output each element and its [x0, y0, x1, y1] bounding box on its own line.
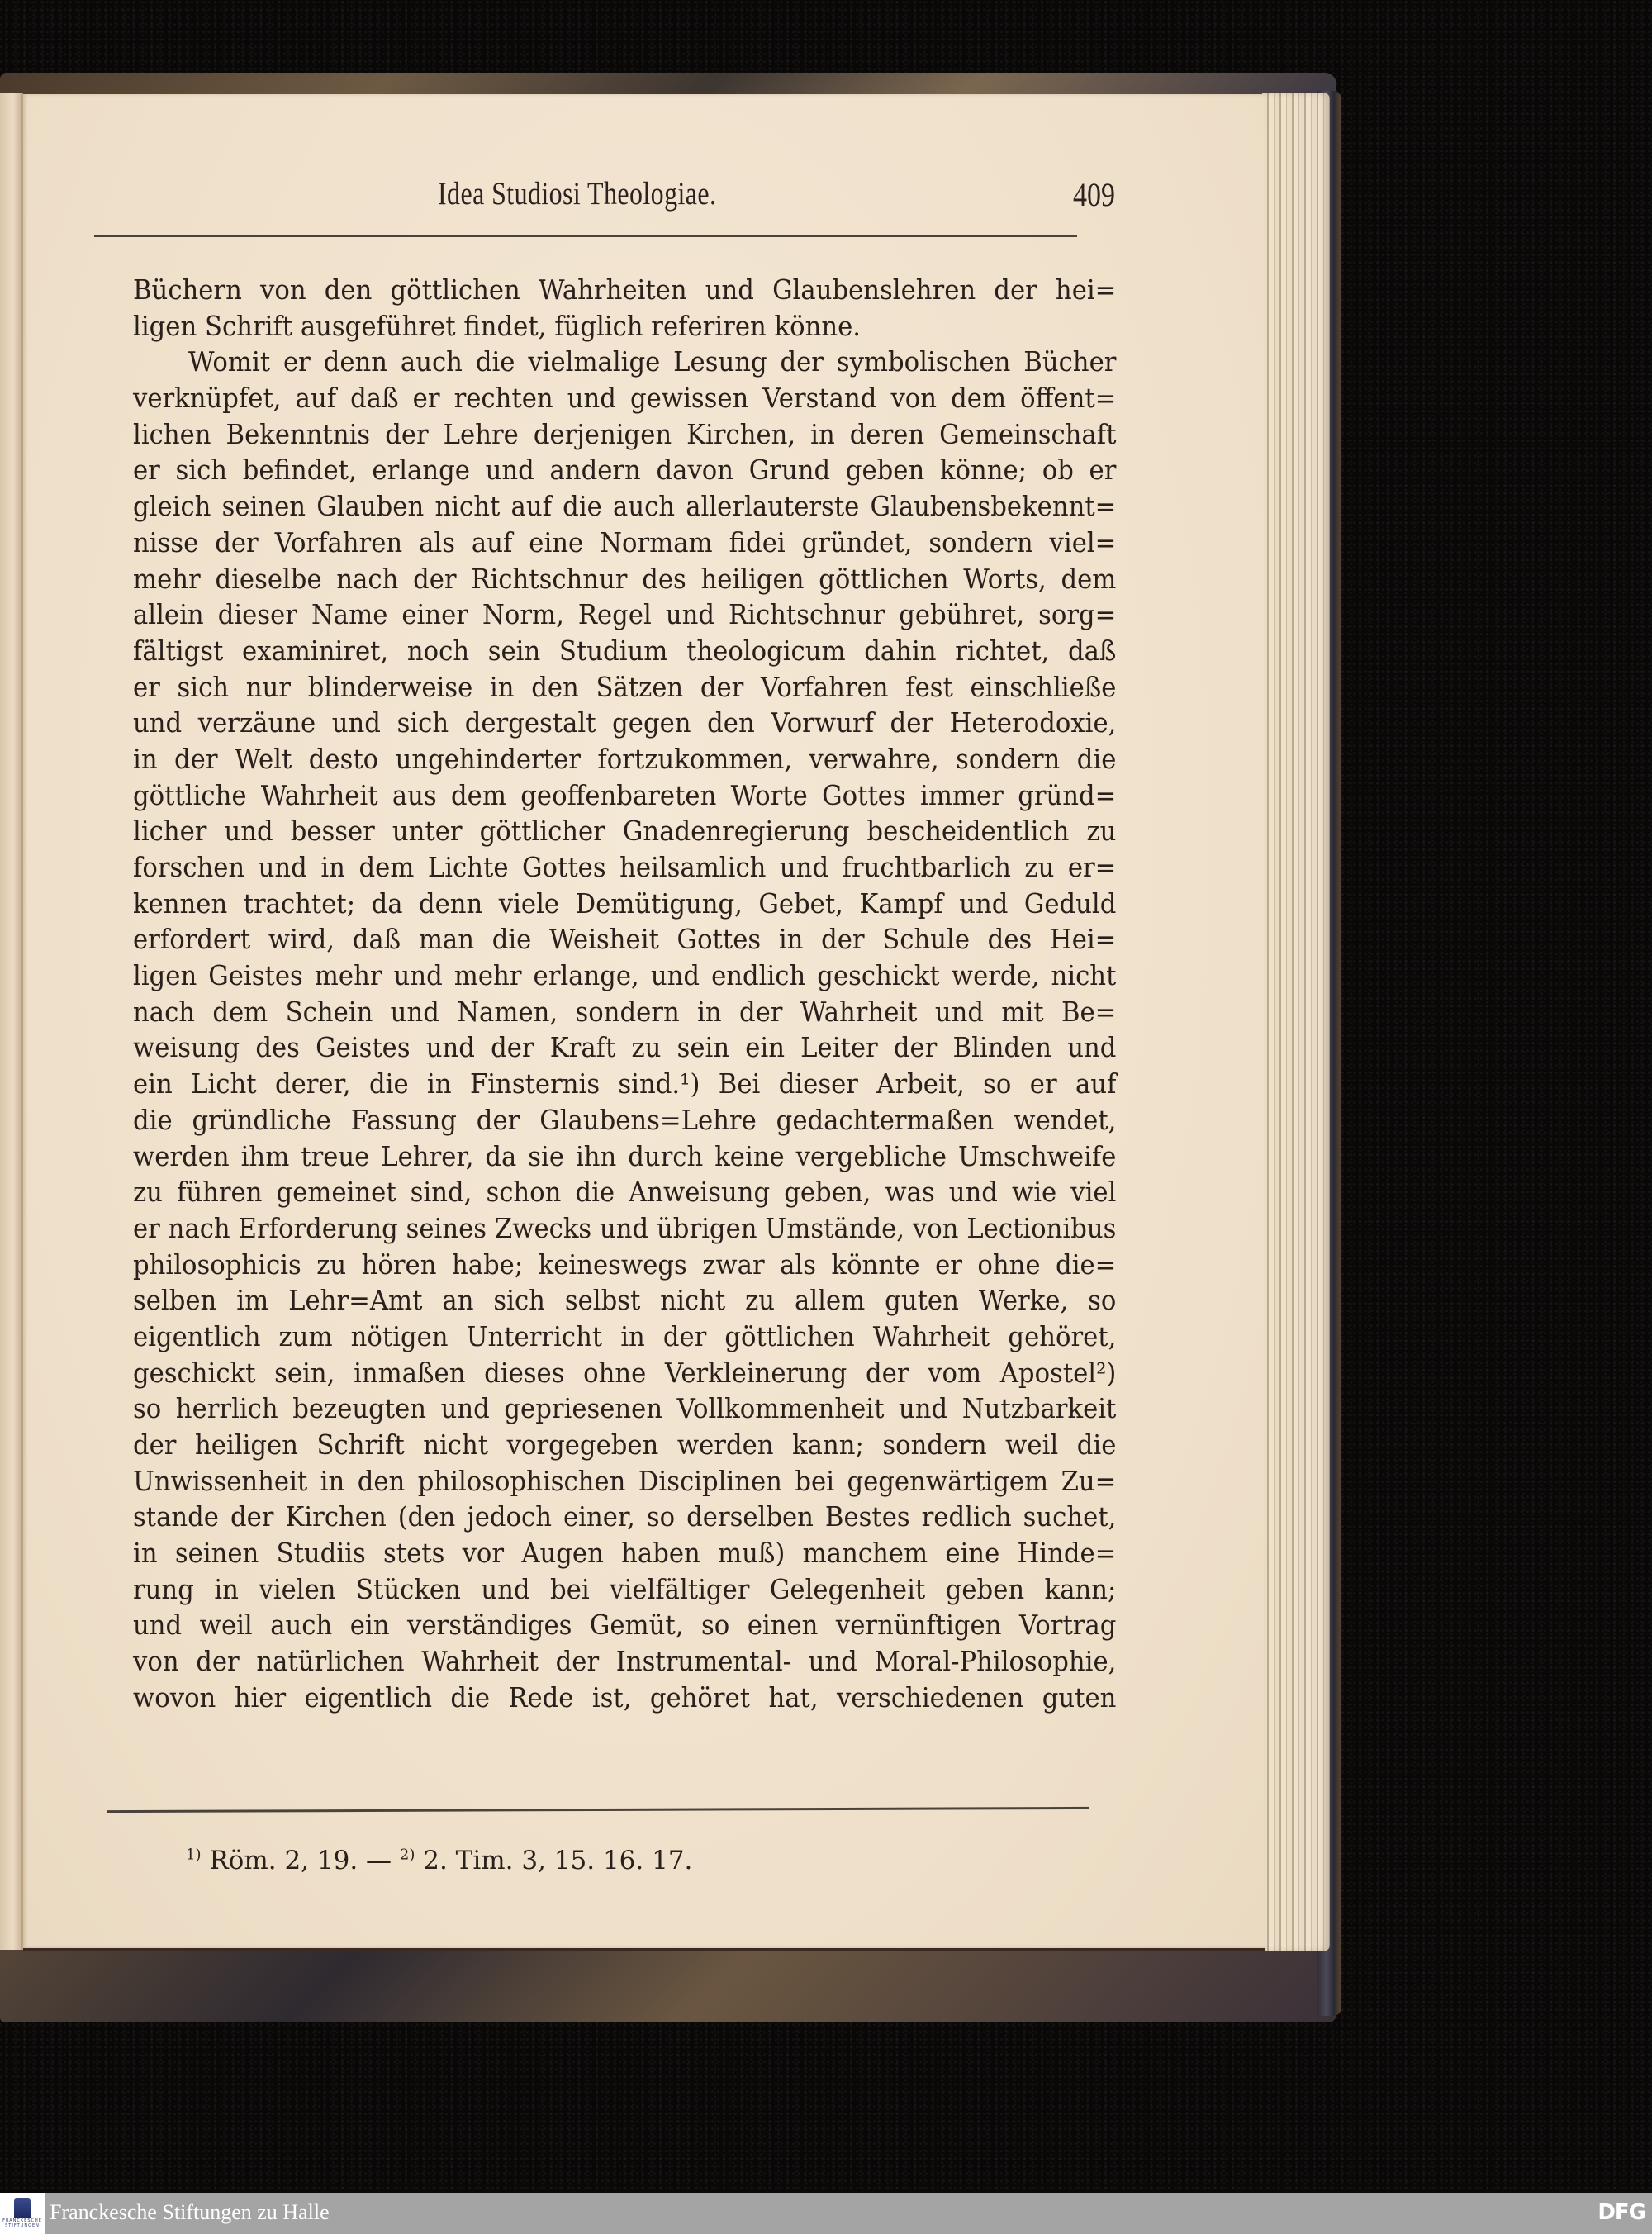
text-line: lichen Bekenntnis der Lehre derjenigen K… [133, 416, 1116, 453]
text-line: von der natürlichen Wahrheit der Instrum… [133, 1643, 1116, 1680]
header-rule [94, 235, 1077, 237]
text-line: ligen Geistes mehr und mehr erlange, und… [133, 958, 1116, 994]
text-line: nach dem Schein und Namen, sondern in de… [133, 994, 1116, 1030]
text-line: erfordert wird, daß man die Weisheit Got… [133, 921, 1116, 958]
text-line: geschickt sein, inmaßen dieses ohne Verk… [133, 1355, 1116, 1391]
institution-name[interactable]: Franckesche Stiftungen zu Halle [50, 2200, 330, 2225]
text-line: der heiligen Schrift nicht vorgegeben we… [133, 1427, 1116, 1463]
text-line: stande der Kirchen (den jedoch einer, so… [133, 1499, 1116, 1535]
text-line: in der Welt desto ungehinderter fortzuko… [133, 741, 1116, 777]
text-line: Unwissenheit in den philosophischen Disc… [133, 1463, 1116, 1500]
text-line: in seinen Studiis stets vor Augen haben … [133, 1535, 1116, 1571]
text-line: ligen Schrift ausgeführet findet, füglic… [133, 308, 1116, 345]
text-line: rung in vielen Stücken und bei vielfälti… [133, 1571, 1116, 1608]
page-number: 409 [1073, 175, 1115, 214]
text-line: Büchern von den göttlichen Wahrheiten un… [133, 272, 1116, 308]
viewer-footer-bar: FRANCKESCHE STIFTUNGEN Franckesche Stift… [0, 2193, 1652, 2234]
text-line: werden ihm treue Lehrer, da sie ihn durc… [133, 1138, 1116, 1175]
text-line: forschen und in dem Lichte Gottes heilsa… [133, 849, 1116, 886]
text-line: ein Licht derer, die in Finsternis sind.… [133, 1066, 1116, 1102]
text-line: eigentlich zum nötigen Unterricht in der… [133, 1319, 1116, 1355]
text-line: nisse der Vorfahren als auf eine Normam … [133, 525, 1116, 561]
footnote-marker-1: 1) [186, 1847, 201, 1864]
text-line: er sich nur blinderweise in den Sätzen d… [133, 669, 1116, 706]
text-line: und verzäune und sich dergestalt gegen d… [133, 705, 1116, 741]
text-line: kennen trachtet; da denn viele Demütigun… [133, 886, 1116, 922]
text-line: wovon hier eigentlich die Rede ist, gehö… [133, 1680, 1116, 1716]
footnote-rule [107, 1807, 1089, 1813]
text-line: allein dieser Name einer Norm, Regel und… [133, 597, 1116, 633]
footnotes: 1) Röm. 2, 19. — 2) 2. Tim. 3, 15. 16. 1… [186, 1846, 692, 1875]
francke-logo-icon [14, 2198, 31, 2218]
running-title: Idea Studiosi Theologiae. [438, 175, 716, 212]
logo-caption: FRANCKESCHE STIFTUNGEN [2, 2218, 42, 2228]
facing-page-edge [0, 93, 23, 1950]
text-line: und weil auch ein verständiges Gemüt, so… [133, 1607, 1116, 1643]
book-page: Idea Studiosi Theologiae. 409 Büchern vo… [23, 94, 1265, 1948]
text-line: göttliche Wahrheit aus dem geoffenbarete… [133, 777, 1116, 814]
footnote-2: 2. Tim. 3, 15. 16. 17. [423, 1846, 692, 1875]
text-line: gleich seinen Glauben nicht auf die auch… [133, 488, 1116, 525]
text-line: philosophicis zu hören habe; keineswegs … [133, 1247, 1116, 1283]
institution-logo[interactable]: FRANCKESCHE STIFTUNGEN [0, 2193, 45, 2234]
dfg-logo[interactable]: DFG [1597, 2200, 1645, 2225]
text-line: er sich befindet, erlange und andern dav… [133, 452, 1116, 488]
text-line: fältigst examiniret, noch sein Studium t… [133, 633, 1116, 669]
footnote-1: Röm. 2, 19. — [209, 1846, 400, 1875]
footnote-marker-2: 2) [400, 1847, 415, 1864]
page-block-edges [1262, 93, 1330, 1951]
body-text: Büchern von den göttlichen Wahrheiten un… [133, 272, 1116, 1716]
text-line: licher und besser unter göttlicher Gnade… [133, 813, 1116, 849]
text-line: zu führen gemeinet sind, schon die Anwei… [133, 1174, 1116, 1210]
text-line: weisung des Geistes und der Kraft zu sei… [133, 1029, 1116, 1066]
text-line: mehr dieselbe nach der Richtschnur des h… [133, 561, 1116, 597]
text-line: so herrlich bezeugten und gepriesenen Vo… [133, 1390, 1116, 1427]
running-head: Idea Studiosi Theologiae. 409 [132, 175, 1115, 225]
text-line: selben im Lehr=Amt an sich selbst nicht … [133, 1282, 1116, 1319]
text-line: die gründliche Fassung der Glaubens=Lehr… [133, 1102, 1116, 1138]
text-line: verknüpfet, auf daß er rechten und gewis… [133, 380, 1116, 416]
text-line: er nach Erforderung seines Zwecks und üb… [133, 1210, 1116, 1247]
text-line: Womit er denn auch die vielmalige Lesung… [133, 344, 1116, 380]
